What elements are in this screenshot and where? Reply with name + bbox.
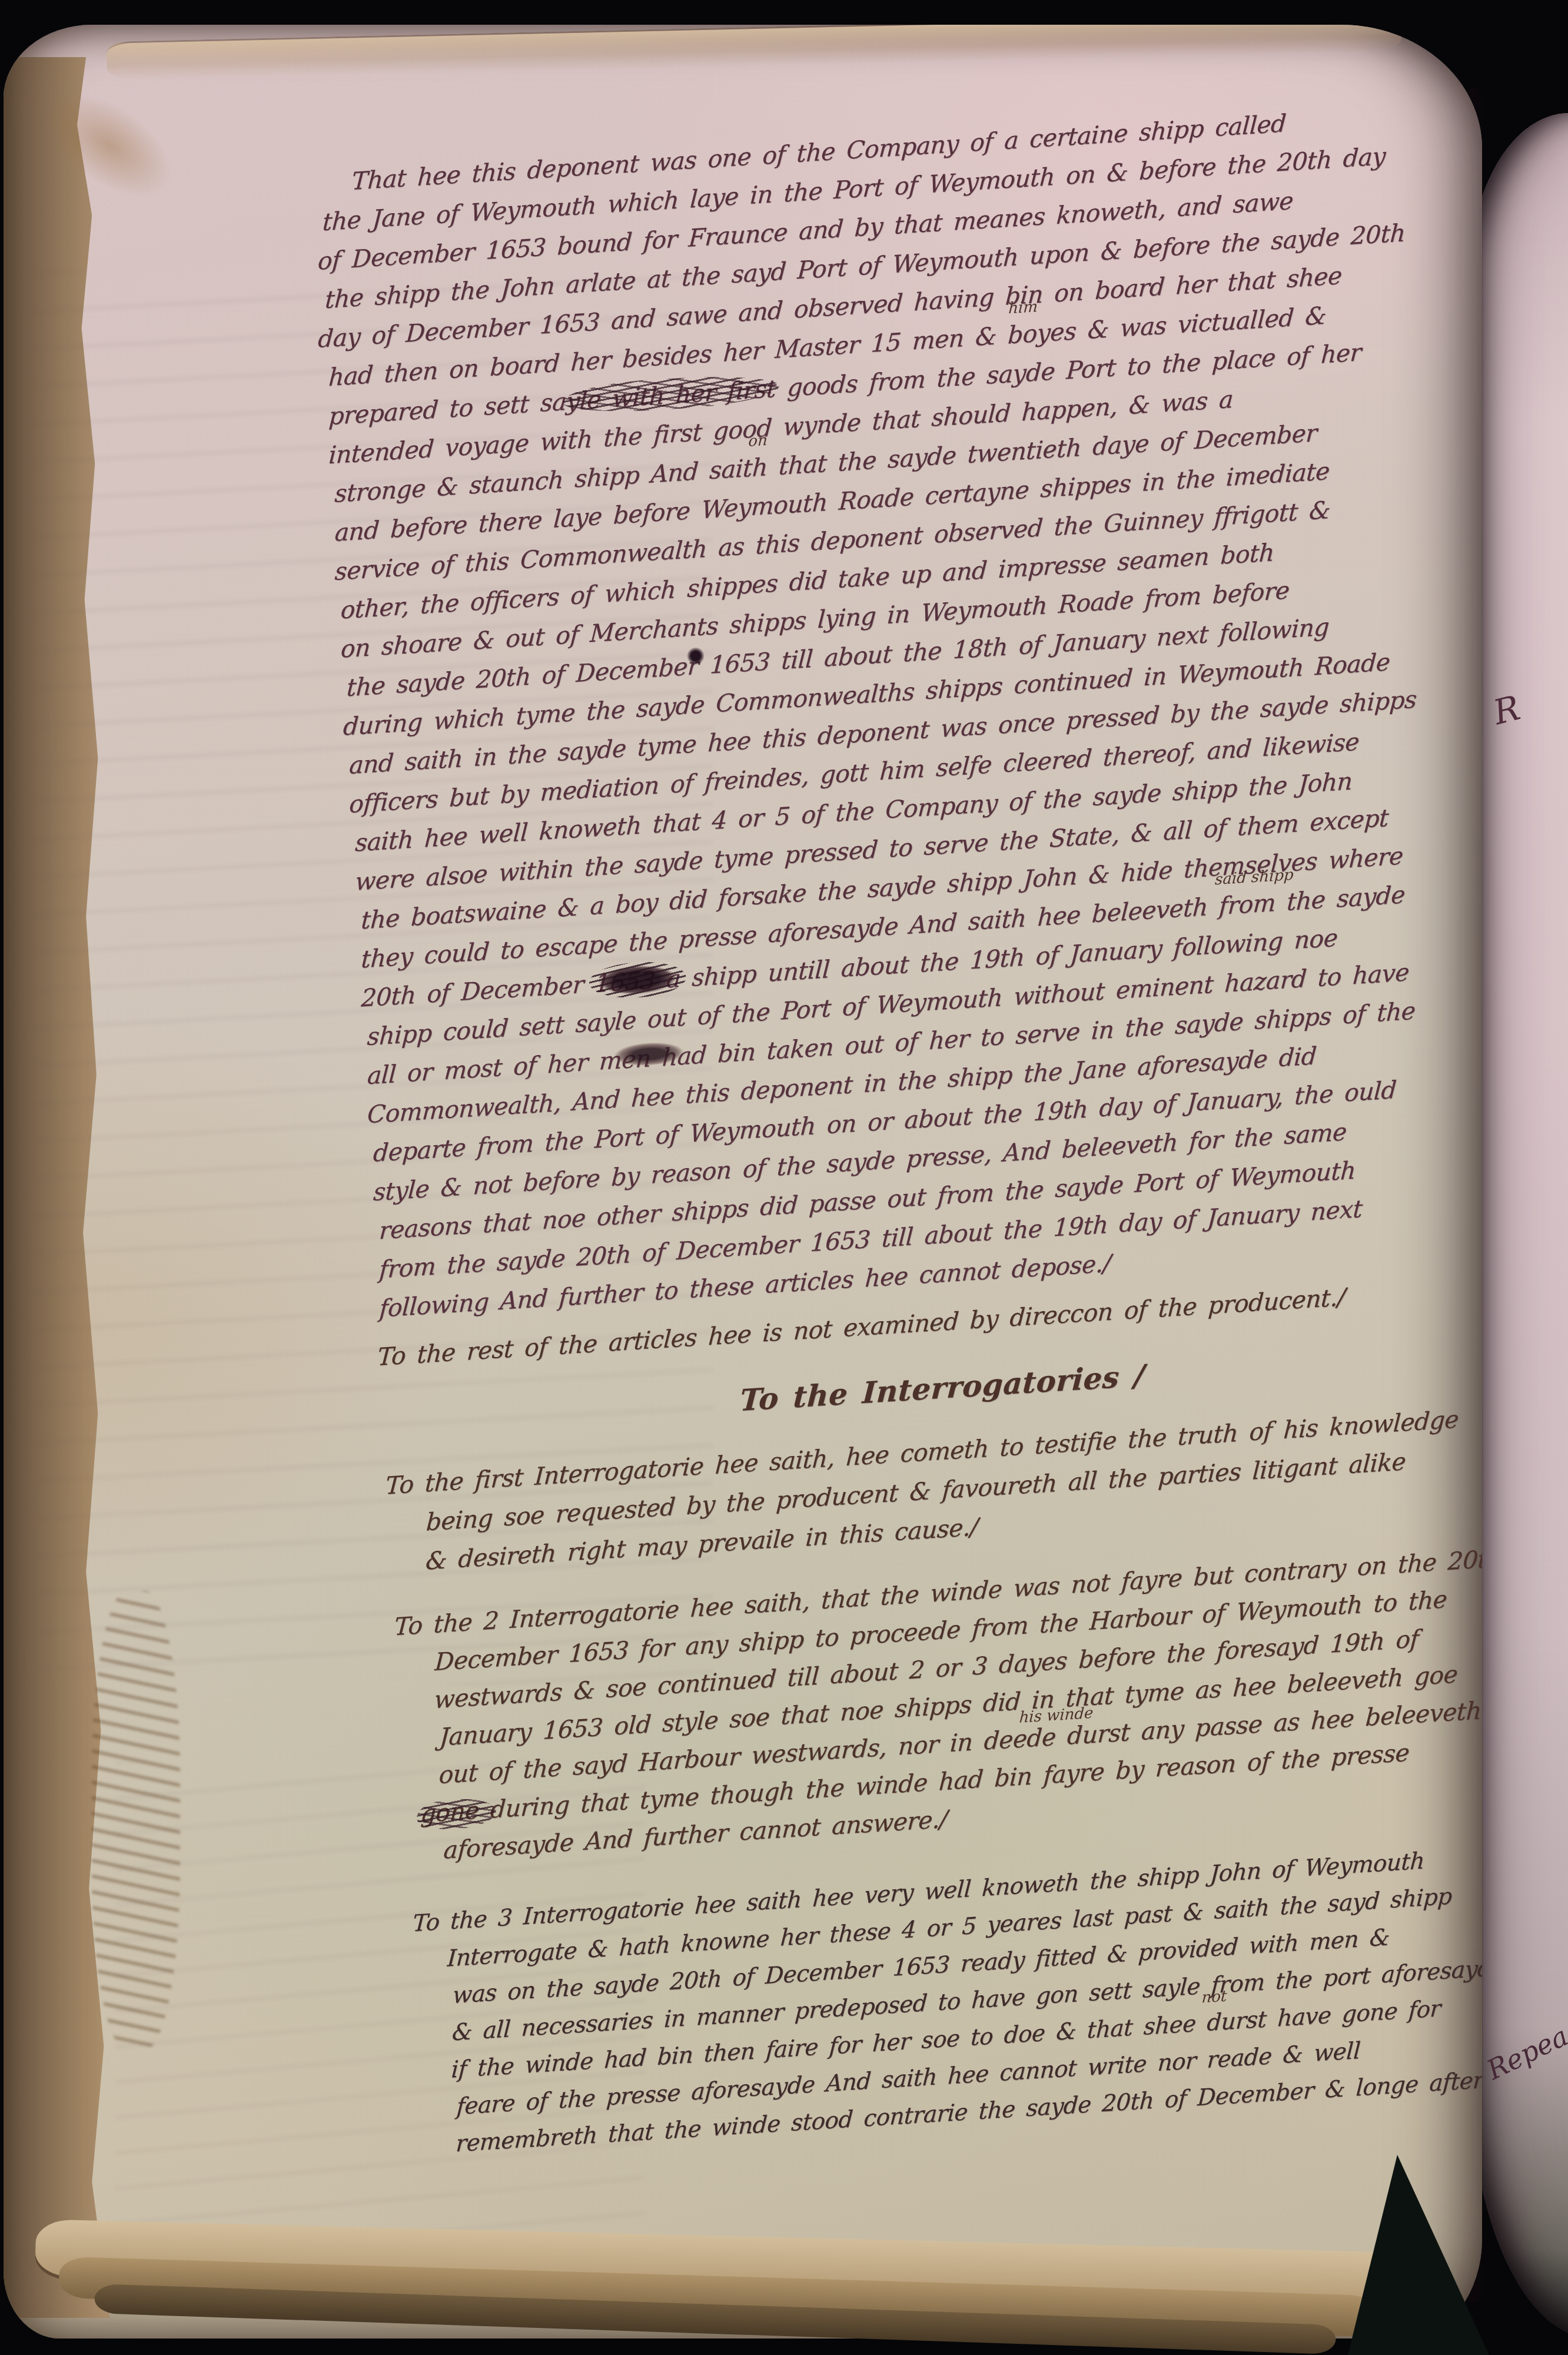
interlinear-insertion-1: him: [1008, 298, 1038, 317]
ink-scribble-1: [562, 372, 780, 416]
page-top-edge: [107, 25, 1402, 80]
manuscript-photo-scene: R Repea That hee this deponent was one o…: [0, 0, 1568, 2355]
marginal-note-fragment-bottom: Repea: [1482, 2020, 1568, 2087]
manuscript-line-interrogatories-heading-1: To the Interrogatories /: [739, 1358, 1147, 1418]
interlinear-insertion-5: not: [1201, 1988, 1228, 2007]
marginal-note-fragment-top: R: [1489, 688, 1524, 733]
ink-heavy-blot-3: [588, 959, 687, 1000]
interlinear-insertion-2: on: [748, 432, 768, 450]
manuscript-page: That hee this deponent was one of the Co…: [4, 25, 1482, 2339]
facing-page-edge: R Repea: [1469, 113, 1568, 2339]
handwriting-block: That hee this deponent was one of the Co…: [287, 99, 1482, 2198]
